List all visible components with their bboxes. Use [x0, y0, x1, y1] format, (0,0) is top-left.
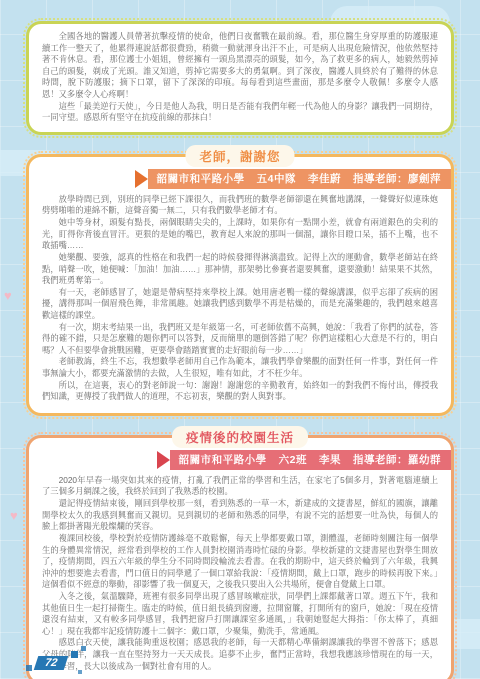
paragraph: 還記得疫情結束後，剛回到學校那一刻，看到熟悉的一草一木，新建成的文捷書屋，鮮紅的…: [42, 498, 438, 533]
essay-box-teacher: 老師，謝謝您 韶關市和平路小學五4中隊李佳蔚指導老師：廖劍萍 放學時間已到，別班…: [26, 154, 454, 416]
paragraph: 她中等身材，頭髮有點長，兩個眼睛尖尖的，上課時，如果你有一點開小差，就會有兩道銀…: [42, 217, 438, 252]
essay-teacher-body: 放學時間已到，別班的同學已經下課很久，而我們班的數學老師卻還在興奮地講課，一聲聲…: [29, 189, 451, 407]
byline-banner: 韶關市和平路小學六2班李果指導老師：羅幼群: [29, 450, 451, 470]
page-number-decoration: [71, 651, 78, 658]
paragraph: 複課回校後，學校對於疫情防護絲毫不敢鬆懈，每天上學都要戴口罩，測體溫，老師時刻關…: [42, 533, 438, 591]
essay-box-top: 全國各地的醫護人員帶著抗擊疫情的使命，他們日夜奮戰在最前線。看，那位醫生身穿厚重…: [26, 21, 454, 135]
paragraph: 放學時間已到，別班的同學已經下課很久，而我們班的數學老師卻還在興奮地講課，一聲聲…: [42, 194, 438, 217]
byline-student-name: 李佳蔚: [308, 173, 341, 185]
section-title-ribbon: 老師，謝謝您: [185, 145, 294, 167]
paragraph: 老師教誨，終生不忘，我想數學老師用自己作為範本，讓我們學會樂觀的面對任何一件事，…: [42, 356, 438, 379]
page-number-decoration: [26, 665, 32, 671]
paragraph: 有一天，老師感冒了，她還是帶病堅持來學校上課。她用唐老鴨一樣的聲線講課，似乎忘卻…: [42, 287, 438, 322]
paragraph: 全國各地的醫護人員帶著抗擊疫情的使命，他們日夜奮戰在最前線。看，那位醫生身穿厚重…: [42, 31, 438, 101]
paragraph: 有一次，期末考結果一出，我們班又是年級第一名，可老師依舊不高興，她說：「我看了你…: [42, 322, 438, 357]
byline-class: 六2班: [279, 454, 307, 466]
byline-banner: 韶關市和平路小學五4中隊李佳蔚指導老師：廖劍萍: [29, 169, 451, 189]
paragraph: 所以，在這裏，衷心的對老師說一句：謝謝！謝謝您的辛勤教育，始終如一的對我們不悔付…: [42, 380, 438, 403]
paragraph: 入冬之後，氣溫驟降，班裡有很多同學出現了感冒咳嗽症狀，同學們上課都戴著口罩。週五…: [42, 591, 438, 637]
byline-school: 韶關市和平路小學: [157, 173, 245, 185]
byline-text: 韶關市和平路小學五4中隊李佳蔚指導老師：廖劍萍: [148, 169, 451, 189]
byline-class: 五4中隊: [257, 173, 296, 185]
paragraph: 這些「最美逆行天使」，今日是他人為我，明日是否能有我們年輕一代為他人的身影？讓我…: [42, 101, 438, 124]
heart-decoration: ♥: [10, 508, 18, 523]
arrow-right-icon: [157, 451, 170, 469]
page-number-decoration: [78, 670, 82, 674]
page-number-block: 72: [36, 653, 66, 671]
essay-pandemic-body: 2020年早春一場突如其來的疫情，打亂了我們正常的學習和生活，在家宅了5個多月，…: [29, 470, 451, 676]
essay-box-pandemic: 疫情後的校園生活 韶關市和平路小學六2班李果指導老師：羅幼群 2020年早春一場…: [26, 435, 454, 679]
byline-teacher: 指導老師：羅幼群: [353, 454, 441, 466]
heart-decoration: ♥: [4, 288, 12, 303]
byline-student-name: 李果: [319, 454, 341, 466]
paragraph: 感恩白衣天使，讓我能夠重返校園；感恩我的老師，每一天都精心準備網課讓我的學習不曾…: [42, 637, 438, 672]
section-title-ribbon: 疫情後的校園生活: [172, 426, 308, 448]
byline-teacher: 指導老師：廖劍萍: [353, 173, 441, 185]
paragraph: 2020年早春一場突如其來的疫情，打亂了我們正常的學習和生活，在家宅了5個多月，…: [42, 475, 438, 498]
paragraph: 她樂觀、要強，認真的性格在和我們一起的時候發揮得淋漓盡致。記得上次的運動會，數學…: [42, 252, 438, 287]
byline-school: 韶關市和平路小學: [179, 454, 267, 466]
page-number-decoration: [81, 646, 86, 651]
arrow-right-icon: [135, 170, 148, 188]
essay-top-body: 全國各地的醫護人員帶著抗擊疫情的使命，他們日夜奮戰在最前線。看，那位醫生身穿厚重…: [42, 31, 438, 124]
byline-text: 韶關市和平路小學六2班李果指導老師：羅幼群: [170, 450, 451, 470]
page-number: 72: [34, 656, 69, 670]
